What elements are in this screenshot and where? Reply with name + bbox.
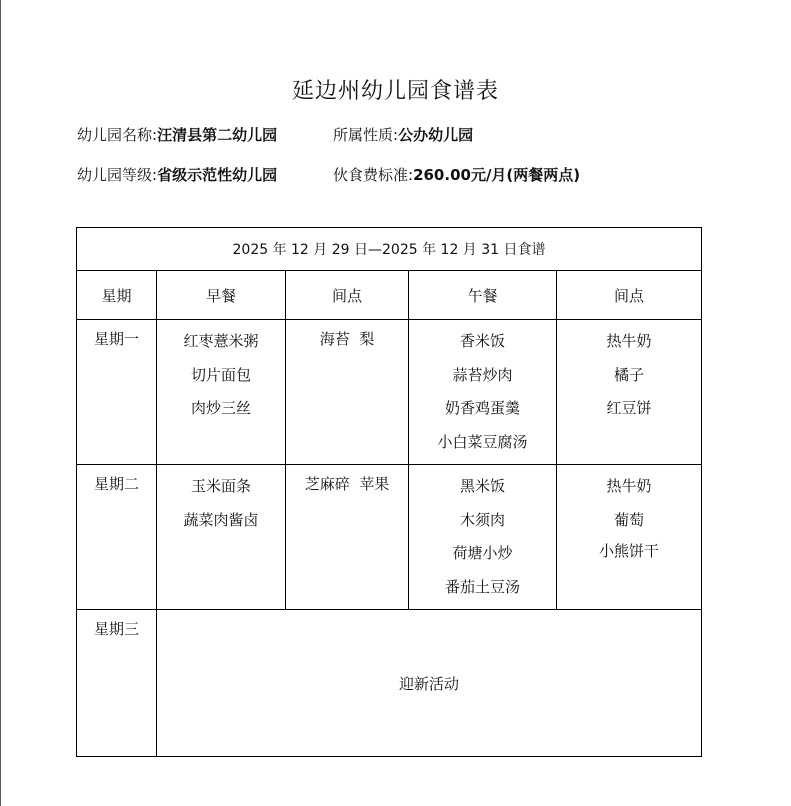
day-cell: 星期二 [77,465,157,610]
page-left-edge [0,0,1,806]
food-item: 红枣薏米粥 [157,330,285,364]
kindergarten-name-label: 幼儿园名称: [77,126,157,144]
food-item: 荷塘小炒 [409,542,556,576]
food-item: 木须肉 [409,509,556,543]
kindergarten-name: 幼儿园名称:汪清县第二幼儿园 [77,124,277,145]
header-snack-1: 间点 [286,271,409,320]
breakfast-cell: 红枣薏米粥 切片面包 肉炒三丝 [157,320,286,465]
header-breakfast: 早餐 [157,271,286,320]
header-day: 星期 [77,271,157,320]
day-label: 星期二 [77,473,156,494]
table-row-monday: 星期一 红枣薏米粥 切片面包 肉炒三丝 海苔 梨 香米饭 蒜苔炒肉 奶香鸡蛋羹 … [77,320,702,465]
kindergarten-grade-value: 省级示范性幼儿园 [157,166,277,184]
food-item: 芝麻碎 苹果 [286,473,408,494]
food-item: 蒜苔炒肉 [409,364,556,398]
food-item: 海苔 梨 [286,328,408,349]
table-row-tuesday: 星期二 玉米面条 蔬菜肉酱卤 芝麻碎 苹果 黑米饭 木须肉 荷塘小炒 番茄土豆汤… [77,465,702,610]
food-item: 奶香鸡蛋羹 [409,397,556,431]
day-label: 星期三 [77,618,156,639]
header-snack-2: 间点 [557,271,702,320]
food-item: 肉炒三丝 [157,397,285,431]
menu-table: 2025 年 12 月 29 日—2025 年 12 月 31 日食谱 星期 早… [76,227,702,757]
breakfast-cell: 玉米面条 蔬菜肉酱卤 [157,465,286,610]
food-item: 红豆饼 [557,397,701,431]
snack2-cell: 热牛奶 橘子 红豆饼 [557,320,702,465]
meal-fee-label: 伙食费标准: [333,166,413,184]
day-label: 星期一 [77,328,156,349]
food-item: 玉米面条 [157,475,285,509]
food-item: 切片面包 [157,364,285,398]
food-item: 番茄土豆汤 [409,576,556,610]
snack1-cell: 海苔 梨 [286,320,409,465]
day-cell: 星期三 [77,610,157,757]
header-lunch: 午餐 [409,271,557,320]
food-item: 热牛奶 [557,475,701,509]
kindergarten-nature-value: 公办幼儿园 [398,126,473,144]
food-item: 香米饭 [409,330,556,364]
page-title: 延边州幼儿园食谱表 [0,74,791,105]
food-item: 黑米饭 [409,475,556,509]
food-item: 葡萄 [557,509,701,540]
snack1-cell: 芝麻碎 苹果 [286,465,409,610]
food-item: 小白菜豆腐汤 [409,431,556,465]
food-item: 橘子 [557,364,701,398]
date-range: 2025 年 12 月 29 日—2025 年 12 月 31 日食谱 [77,228,702,271]
table-row-wednesday: 星期三 迎新活动 [77,610,702,757]
kindergarten-nature: 所属性质:公办幼儿园 [333,124,473,145]
lunch-cell: 黑米饭 木须肉 荷塘小炒 番茄土豆汤 [409,465,557,610]
meal-fee-value: 260.00元/月(两餐两点) [413,166,580,184]
snack2-cell: 热牛奶 葡萄 小熊饼干 [557,465,702,610]
header-row: 星期 早餐 间点 午餐 间点 [77,271,702,320]
kindergarten-grade: 幼儿园等级:省级示范性幼儿园 [77,164,277,185]
kindergarten-name-value: 汪清县第二幼儿园 [157,126,277,144]
food-item: 蔬菜肉酱卤 [157,509,285,543]
lunch-cell: 香米饭 蒜苔炒肉 奶香鸡蛋羹 小白菜豆腐汤 [409,320,557,465]
food-item: 热牛奶 [557,330,701,364]
kindergarten-grade-label: 幼儿园等级: [77,166,157,184]
day-cell: 星期一 [77,320,157,465]
meal-fee: 伙食费标准:260.00元/月(两餐两点) [333,164,580,185]
kindergarten-nature-label: 所属性质: [333,126,398,144]
food-item: 小熊饼干 [557,540,701,574]
event-cell: 迎新活动 [157,610,702,757]
